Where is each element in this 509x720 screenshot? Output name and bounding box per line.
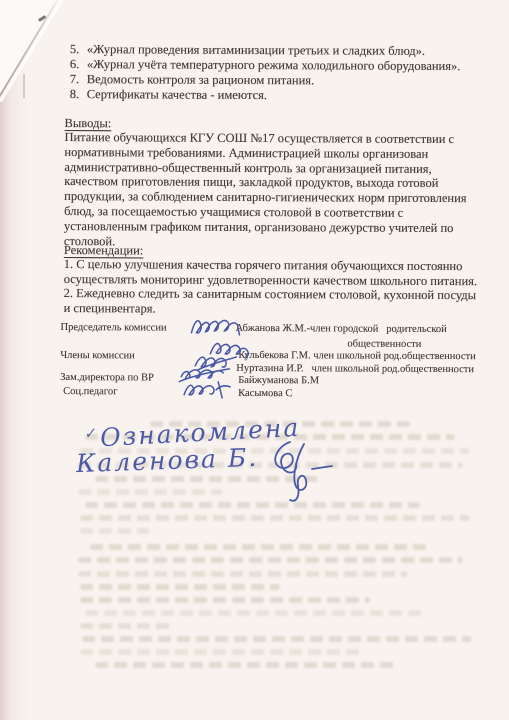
checklist-item-number: 6. <box>70 57 87 71</box>
conclusions-line: установленным графиком питания, организо… <box>64 219 453 235</box>
checklist-item: 5.«Журнал проведения витаминизации треть… <box>70 42 425 58</box>
signatory-name: Абжанова Ж.М.-член городской родительско… <box>235 323 446 336</box>
checklist-item-text: Ведомость контроля за рационом питания. <box>87 72 314 87</box>
signature-role-label: Члены комиссии <box>60 350 135 362</box>
signature-role-label: Соц.педагог <box>63 386 117 398</box>
recommendations-heading: Рекомендации: <box>64 243 143 257</box>
conclusions-line: Питание обучающихся КГУ СОШ №17 осуществ… <box>64 130 454 146</box>
checklist-item-number: 8. <box>70 87 87 101</box>
checkmark-icon: ✓ <box>83 425 97 442</box>
conclusions-line: нормативными требованиями. Администрацие… <box>64 145 428 161</box>
typed-content: 5.«Журнал проведения витаминизации треть… <box>0 0 509 720</box>
signature-role-label: Председатель комиссии <box>60 322 166 335</box>
recommendation-line: 1. С целью улучшения качества горячего п… <box>64 257 463 273</box>
conclusions-line: качеством приготовления пищи, закладкой … <box>64 174 438 190</box>
checklist-item-text: Сертификаты качества - имеются. <box>87 87 267 102</box>
checklist-item: 6.«Журнал учёта температурного режима хо… <box>70 57 461 73</box>
ink-signature <box>189 315 241 339</box>
checklist-item-text: «Журнал учёта температурного режима холо… <box>87 57 461 73</box>
checklist-item-number: 7. <box>70 72 87 86</box>
checklist-item-text: «Журнал проведения витаминизации третьих… <box>87 42 425 58</box>
conclusions-line: блюд, за посещаемостью учащимися столово… <box>64 204 403 220</box>
checklist-item-number: 5. <box>70 42 87 56</box>
checklist-item: 8.Сертификаты качества - имеются. <box>70 87 267 102</box>
scanned-document-page: 5.«Журнал проведения витаминизации треть… <box>0 0 509 720</box>
signatory-name: Касымова С <box>238 388 292 400</box>
conclusions-line: продукции, за соблюдением санитарно-гиги… <box>64 189 466 205</box>
signatory-name: Байжуманова Б.М <box>238 374 319 386</box>
conclusions-heading: Выводы: <box>65 116 112 130</box>
signature-role-label: Зам.директора по ВР <box>60 372 154 384</box>
recommendation-line: осуществлять мониторинг удовлетворенност… <box>64 272 477 288</box>
ink-signature <box>182 378 232 402</box>
handwritten-flourish-signature <box>252 436 337 506</box>
recommendation-line: 2. Ежедневно следить за санитарным состо… <box>64 286 476 302</box>
recommendation-line: и специнвентаря. <box>64 301 156 315</box>
signatory-name: Кульбекова Г.М. член школьной род.общест… <box>238 350 475 363</box>
signatory-name: общественности <box>347 338 421 350</box>
checklist-item: 7.Ведомость контроля за рационом питания… <box>70 72 314 87</box>
